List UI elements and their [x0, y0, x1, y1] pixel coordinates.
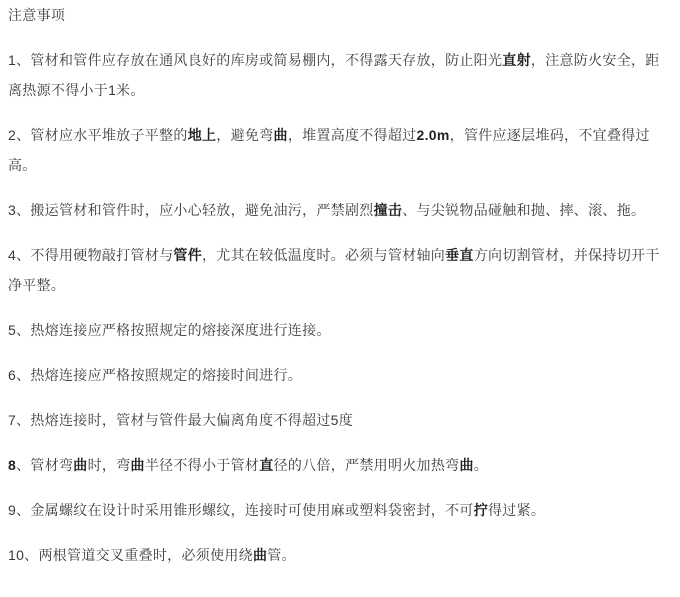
- note-text-bold: 曲: [73, 457, 87, 473]
- note-text: 1、管材和管件应存放在通风良好的库房或简易棚内，不得露天存放，防止阳光: [8, 52, 502, 68]
- note-item-4: 4、不得用硬物敲打管材与管件，尤其在较低温度时。必须与管材轴向垂直方向切割管材，…: [8, 240, 672, 300]
- note-text-bold: 8: [8, 457, 16, 473]
- note-text-bold: 曲: [274, 127, 288, 143]
- note-text-bold: 管件: [173, 247, 202, 263]
- note-text: ，堆置高度不得超过: [288, 127, 417, 143]
- note-text: 、管材弯: [16, 457, 73, 473]
- note-text: ，尤其在较低温度时。必须与管材轴向: [202, 247, 445, 263]
- note-item-2: 2、管材应水平堆放子平整的地上，避免弯曲，堆置高度不得超过2.0m，管件应逐层堆…: [8, 120, 672, 180]
- note-text-bold: 曲: [253, 547, 267, 563]
- note-text: 时，弯: [88, 457, 131, 473]
- note-text: 、与尖锐物品碰触和抛、摔、滚、拖。: [402, 202, 645, 218]
- note-item-8: 8、管材弯曲时，弯曲半径不得小于管材直径的八倍，严禁用明火加热弯曲。: [8, 450, 672, 480]
- note-item-10: 10、两根管道交叉重叠时，必须使用绕曲管。: [8, 540, 672, 570]
- note-text: 管。: [267, 547, 296, 563]
- note-text-bold: 曲: [459, 457, 473, 473]
- note-text: 6、热熔连接应严格按照规定的熔接时间进行。: [8, 367, 302, 383]
- note-text: 径的八倍，严禁用明火加热弯: [274, 457, 460, 473]
- note-text: 3、搬运管材和管件时，应小心轻放，避免油污，严禁剧烈: [8, 202, 374, 218]
- note-text: 。: [474, 457, 488, 473]
- note-text-bold: 直: [259, 457, 273, 473]
- note-text: ，避免弯: [216, 127, 273, 143]
- note-item-9: 9、金属螺纹在设计时采用锥形螺纹，连接时可使用麻或塑料袋密封，不可拧得过紧。: [8, 495, 672, 525]
- note-item-6: 6、热熔连接应严格按照规定的熔接时间进行。: [8, 360, 672, 390]
- note-text: 得过紧。: [488, 502, 545, 518]
- note-text-bold: 2.0m: [417, 127, 450, 143]
- note-text: 4、不得用硬物敲打管材与: [8, 247, 173, 263]
- note-text-bold: 曲: [131, 457, 145, 473]
- page-title: 注意事项: [8, 0, 672, 30]
- note-text: 9、金属螺纹在设计时采用锥形螺纹，连接时可使用麻或塑料袋密封，不可: [8, 502, 474, 518]
- note-item-3: 3、搬运管材和管件时，应小心轻放，避免油污，严禁剧烈撞击、与尖锐物品碰触和抛、摔…: [8, 195, 672, 225]
- notes-list: 1、管材和管件应存放在通风良好的库房或简易棚内，不得露天存放，防止阳光直射，注意…: [8, 45, 672, 570]
- document-body: 注意事项 1、管材和管件应存放在通风良好的库房或简易棚内，不得露天存放，防止阳光…: [8, 0, 672, 570]
- note-text-bold: 撞击: [374, 202, 403, 218]
- note-text: 7、热熔连接时，管材与管件最大偏离角度不得超过5度: [8, 412, 353, 428]
- note-text-bold: 地上: [188, 127, 217, 143]
- note-item-1: 1、管材和管件应存放在通风良好的库房或简易棚内，不得露天存放，防止阳光直射，注意…: [8, 45, 672, 105]
- note-text-bold: 垂直: [445, 247, 474, 263]
- note-text: 半径不得小于管材: [145, 457, 259, 473]
- note-item-7: 7、热熔连接时，管材与管件最大偏离角度不得超过5度: [8, 405, 672, 435]
- note-text: 10、两根管道交叉重叠时，必须使用绕: [8, 547, 253, 563]
- note-text: 2、管材应水平堆放子平整的: [8, 127, 188, 143]
- note-text: 5、热熔连接应严格按照规定的熔接深度进行连接。: [8, 322, 331, 338]
- note-text-bold: 直射: [502, 52, 531, 68]
- note-item-5: 5、热熔连接应严格按照规定的熔接深度进行连接。: [8, 315, 672, 345]
- note-text-bold: 拧: [474, 502, 488, 518]
